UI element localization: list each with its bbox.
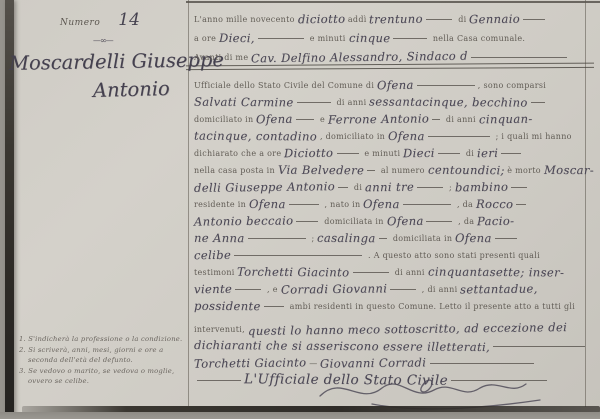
printed-text: intervenuti, [194, 325, 248, 334]
blank-rule [289, 203, 319, 205]
handwritten-text: centoundici; [428, 166, 505, 175]
blank-rule [426, 220, 452, 222]
body-section: Ufficiale dello Stato Civile del Comune … [194, 73, 590, 311]
handwritten-text: Pacio- [477, 217, 515, 225]
printed-text: addì [345, 15, 369, 24]
blank-rule [264, 305, 284, 307]
handwritten-text: anni tre [365, 183, 414, 192]
printed-text: testimoni [194, 268, 237, 277]
blank-rule [417, 84, 475, 86]
form-line: tacinque, contadino , domiciliato in Ofe… [194, 124, 590, 141]
handwritten-text: Ofena [256, 115, 293, 123]
handwritten-text: Cav. Delfino Alessandro, Sindaco d [251, 52, 468, 63]
printed-text: a ore [194, 34, 219, 43]
handwritten-text: delli Giuseppe Antonio [194, 182, 335, 192]
left-margin-column: Numero14 —∞— Moscardelli Giuseppe Antoni… [15, 0, 187, 419]
form-line: nella casa posta in Via Belvedere al num… [194, 158, 590, 175]
blank-rule [367, 169, 375, 171]
blank-rule [471, 56, 567, 58]
handwritten-text: bambino [455, 183, 508, 192]
handwritten-text: Dieci [403, 149, 435, 157]
handwritten-text: Salvati Carmine [194, 98, 294, 107]
handwritten-text: tacinque, contadino [194, 132, 317, 141]
printed-text: e [317, 115, 328, 124]
handwritten-text: Diciotto [284, 149, 333, 158]
handwritten-text: ne Anna [194, 234, 245, 242]
printed-text: nella Casa comunale. [430, 34, 525, 43]
blank-rule [197, 379, 241, 381]
record-number-value: 14 [118, 10, 140, 30]
blank-rule [390, 288, 416, 290]
printed-text: L'anno mille novecento [194, 15, 298, 24]
form-line: L'anno mille novecento diciotto addì tre… [194, 7, 590, 26]
blank-rule [234, 254, 362, 256]
blank-rule [296, 220, 318, 222]
printed-text: nella casa posta in [194, 166, 278, 175]
printed-text: al numero [378, 166, 428, 175]
blank-rule [426, 18, 452, 20]
handwritten-text: ieri [477, 149, 498, 157]
printed-text: di [351, 183, 365, 192]
printed-text: di anni [443, 115, 479, 124]
record-number-row: Numero14 [60, 10, 140, 30]
blank-rule [428, 135, 490, 137]
form-line: residente in Ofena , nato in Ofena , da … [194, 192, 590, 209]
printed-text: Ufficiale dello Stato Civile del Comune … [194, 81, 377, 90]
blank-rule [493, 345, 585, 347]
form-line: Antonio beccaio domiciliata in Ofena , d… [194, 209, 590, 226]
handwritten-text: casalinga [317, 234, 376, 242]
form-line: ne Anna ; casalinga domiciliata in Ofena [194, 226, 590, 243]
form-line: delli Giuseppe Antonio di anni tre ; bam… [194, 175, 590, 192]
blank-rule [403, 203, 451, 205]
form-line: dichiarato che a ore Diciotto e minuti D… [194, 141, 590, 158]
printed-text: dichiarato che a ore [194, 149, 284, 158]
handwritten-text: Torchetti Giacinto [237, 268, 349, 277]
printed-text: è morto [504, 166, 543, 175]
handwritten-text: Ofena [387, 217, 424, 225]
printed-text: . A questo atto sono stati presenti qual… [365, 251, 540, 260]
form-line: Salvati Carmine di anni sessantacinque, … [194, 90, 590, 107]
death-record-form: L'anno mille novecento diciotto addì tre… [194, 0, 590, 419]
blank-rule [430, 362, 534, 364]
deceased-name-margin-line1: Moscardelli Giuseppe [9, 48, 224, 75]
photo-bottom-edge [0, 412, 600, 419]
blank-rule [393, 37, 427, 39]
numero-label: Numero [60, 18, 100, 28]
blank-rule [531, 101, 545, 103]
opening-section: L'anno mille novecento diciotto addì tre… [194, 7, 590, 64]
blank-rule [338, 186, 348, 188]
handwritten-text: Ofena [363, 200, 400, 208]
form-line: testimoni Torchetti Giacinto di anni cin… [194, 260, 590, 277]
handwritten-text: celibe [194, 251, 231, 259]
handwritten-text: viente [194, 285, 232, 293]
printed-text: e minuti [307, 34, 349, 43]
printed-footnotes: 1. S'indicherà la professione o la condi… [19, 334, 184, 387]
blank-rule [511, 186, 527, 188]
handwritten-text: Ofena [455, 234, 492, 242]
handwritten-text: possidente [194, 302, 261, 310]
form-line: a ore Dieci, e minuti cinque nella Casa … [194, 26, 590, 45]
printed-text: residente in [194, 200, 249, 209]
printed-text: di [455, 15, 469, 24]
handwritten-text: Ofena [249, 200, 286, 208]
blank-rule [379, 237, 387, 239]
printed-text: , sono comparsi [478, 81, 546, 90]
printed-text: , da [455, 217, 477, 226]
deceased-name-margin-line2: Antonio [93, 77, 170, 102]
footnote-3: 3. Se vedovo o marito, se vedova o mogli… [19, 366, 184, 387]
form-line: intervenuti, questi lo hanno meco sottos… [194, 317, 590, 334]
handwritten-text: settantadue, [460, 285, 538, 294]
handwritten-text: diciotto [298, 15, 346, 24]
printed-text: e minuti [362, 149, 404, 158]
form-line: celibe . A questo atto sono stati presen… [194, 243, 590, 260]
printed-text: Avanti di me [194, 53, 251, 62]
form-line: possidente ambi residenti in questo Comu… [194, 294, 590, 311]
handwritten-text: Gennaio [469, 15, 520, 24]
printed-text: domiciliato in [194, 115, 256, 124]
blank-rule [523, 18, 545, 20]
handwritten-text: Via Belvedere [278, 166, 364, 175]
blank-rule [353, 271, 389, 273]
handwritten-text: Corradi Giovanni [281, 284, 387, 293]
blank-rule [438, 152, 460, 154]
printed-text: di [463, 149, 477, 158]
ornament-divider: —∞— [93, 36, 113, 45]
handwritten-text: dichiaranti che si asseriscono essere il… [194, 341, 490, 351]
blank-rule [258, 37, 304, 39]
printed-text: di anni [392, 268, 428, 277]
blank-rule [296, 118, 314, 120]
blank-rule [337, 152, 359, 154]
handwritten-text: Moscar- [544, 166, 594, 174]
blank-rule [248, 237, 306, 239]
form-line: Avanti di me Cav. Delfino Alessandro, Si… [194, 45, 590, 64]
handwritten-text: Dieci, [219, 34, 255, 42]
handwritten-text: Antonio beccaio [194, 216, 294, 225]
handwritten-text: Ferrone Antonio [328, 114, 429, 123]
handwritten-text: Torchetti Giacinto [194, 358, 307, 367]
form-line: Ufficiale dello Stato Civile del Comune … [194, 73, 590, 90]
printed-text: ; [446, 183, 455, 192]
printed-text: , domiciliato in [317, 132, 388, 141]
printed-text: , nato in [322, 200, 364, 209]
blank-rule [432, 118, 440, 120]
form-line: dichiaranti che si asseriscono essere il… [194, 334, 590, 351]
printed-text: di anni [334, 98, 370, 107]
printed-text: , da [454, 200, 476, 209]
blank-rule [297, 101, 331, 103]
form-line: domiciliato in Ofena e Ferrone Antonio d… [194, 107, 590, 124]
blank-rule [495, 237, 517, 239]
handwritten-text: Ofena [388, 132, 425, 140]
blank-rule [417, 186, 443, 188]
scanned-death-record-page: Numero14 —∞— Moscardelli Giuseppe Antoni… [0, 0, 600, 419]
footnote-2: 2. Si scriverà, anni, mesi, giorni e ore… [19, 345, 184, 366]
handwritten-text: cinque [348, 34, 390, 42]
handwritten-text: Ofena [377, 81, 414, 89]
printed-text: , di anni [419, 285, 460, 294]
blank-rule [235, 288, 261, 290]
blank-rule [501, 152, 521, 154]
printed-text: domiciliata in [321, 217, 386, 226]
blank-rule [516, 203, 526, 205]
footnote-1: 1. S'indicherà la professione o la condi… [19, 334, 184, 345]
printed-text: domiciliata in [390, 234, 455, 243]
form-line: viente , e Corradi Giovanni , di anni se… [194, 277, 590, 294]
handwritten-text: trentuno [369, 15, 423, 24]
printed-text: ; i quali mi hanno [493, 132, 572, 141]
printed-text: ambi residenti in questo Comune. Letto i… [287, 302, 575, 311]
handwritten-text: Rocco [476, 200, 513, 208]
handwritten-text: cinquantasette; inser- [428, 268, 564, 277]
handwritten-text: cinquan- [479, 115, 533, 124]
printed-text: , e [264, 285, 280, 294]
handwritten-text: sessantacinque, becchino [369, 97, 528, 106]
